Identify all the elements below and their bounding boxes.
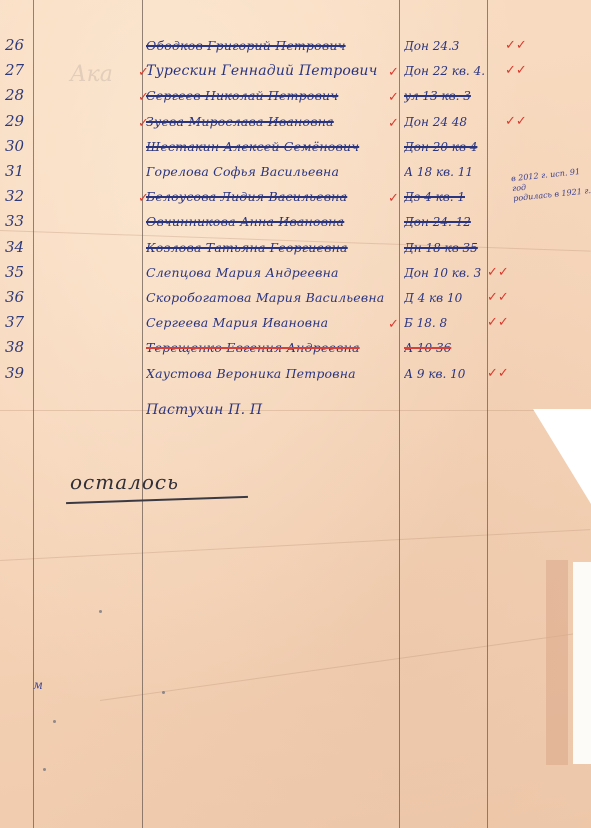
entry-address: ул 13 кв. 3 xyxy=(404,89,488,103)
entry-name: Скоробогатова Мария Васильевна xyxy=(146,290,396,305)
entry-address: Б 18. 8 xyxy=(404,316,488,330)
entry-address: А 9 кв. 10 xyxy=(404,367,488,381)
footer-word: осталось xyxy=(70,470,179,494)
entry-address: А 18 кв. 11 xyxy=(404,165,488,179)
signature-line: Пастухин П. П xyxy=(146,402,396,418)
row-number: 33 xyxy=(5,212,35,230)
row-number: 27 xyxy=(5,61,35,79)
entry-address: Дон 24 48 xyxy=(404,115,488,129)
ink-speck xyxy=(43,768,46,771)
ink-speck xyxy=(53,720,56,723)
entry-address: Дн 18 кв 35 xyxy=(404,241,488,255)
faint-pencil-mark: Ака xyxy=(70,62,113,87)
check-mark-icon: ✓ xyxy=(388,90,399,105)
entry-name: Горелова Софья Васильевна xyxy=(146,164,396,179)
row-number: 37 xyxy=(5,313,35,331)
margin-mark: м xyxy=(33,678,43,692)
entry-address: Дон 24. 12 xyxy=(404,215,488,229)
tape-strip xyxy=(546,560,568,765)
row-number: 28 xyxy=(5,86,35,104)
entry-name: Ободков Григорий Петрович xyxy=(146,38,396,53)
entry-address: Дон 20 кв 4 xyxy=(404,140,488,154)
double-check-mark-icon: ✓✓ xyxy=(487,290,509,305)
row-number: 38 xyxy=(5,338,35,356)
row-number: 39 xyxy=(5,364,35,382)
entry-address: Дон 22 кв. 4. xyxy=(404,64,488,78)
column-rule-3 xyxy=(399,0,400,828)
entry-address: Дз 4 кв. 1 xyxy=(404,190,488,204)
paper-edge-cutout xyxy=(573,562,591,764)
entry-name: Зуева Мирослава Ивановна xyxy=(146,114,396,129)
check-mark-icon: ✓ xyxy=(138,191,149,206)
row-number: 34 xyxy=(5,238,35,256)
entry-address: Д 4 кв 10 xyxy=(404,291,488,305)
row-number: 30 xyxy=(5,137,35,155)
double-check-mark-icon: ✓✓ xyxy=(487,366,509,381)
entry-name: Белоусова Лидия Васильевна xyxy=(146,189,396,204)
entry-name: Козлова Татьяна Георгиевна xyxy=(146,240,396,255)
row-number: 35 xyxy=(5,263,35,281)
check-mark-icon: ✓ xyxy=(388,191,399,206)
entry-name: Овчинникова Анна Ивановна xyxy=(146,214,396,229)
check-mark-icon: ✓ xyxy=(388,65,399,80)
entry-name: Турескин Геннадий Петрович xyxy=(146,63,396,79)
double-check-mark-icon: ✓✓ xyxy=(505,38,527,53)
entry-address: Дон 24.3 xyxy=(404,39,488,53)
row-number: 36 xyxy=(5,288,35,306)
check-mark-icon: ✓ xyxy=(138,116,149,131)
check-mark-icon: ✓ xyxy=(388,317,399,332)
entry-address: А 10 36 xyxy=(404,341,488,355)
row-number: 26 xyxy=(5,36,35,54)
double-check-mark-icon: ✓✓ xyxy=(505,63,527,78)
check-mark-icon: ✓ xyxy=(388,116,399,131)
check-mark-icon: ✓ xyxy=(138,90,149,105)
check-mark-icon: ✓ xyxy=(138,65,149,80)
entry-address: Дон 10 кв. 3 xyxy=(404,266,488,280)
entry-name: Слепцова Мария Андреевна xyxy=(146,265,396,280)
double-check-mark-icon: ✓✓ xyxy=(505,114,527,129)
double-check-mark-icon: ✓✓ xyxy=(487,265,509,280)
row-number: 32 xyxy=(5,187,35,205)
ink-speck xyxy=(99,610,102,613)
row-number: 31 xyxy=(5,162,35,180)
entry-name: Сергеев Николай Петрович xyxy=(146,88,396,103)
entry-name: Хаустова Вероника Петровна xyxy=(146,366,396,381)
ink-speck xyxy=(162,691,165,694)
entry-name: Шестакин Алексей Семёнович xyxy=(146,139,396,154)
row-number: 29 xyxy=(5,112,35,130)
entry-name: Сергеева Мария Ивановна xyxy=(146,315,396,330)
entry-name: Терещенко Евгения Андреевна xyxy=(146,340,396,355)
double-check-mark-icon: ✓✓ xyxy=(487,315,509,330)
